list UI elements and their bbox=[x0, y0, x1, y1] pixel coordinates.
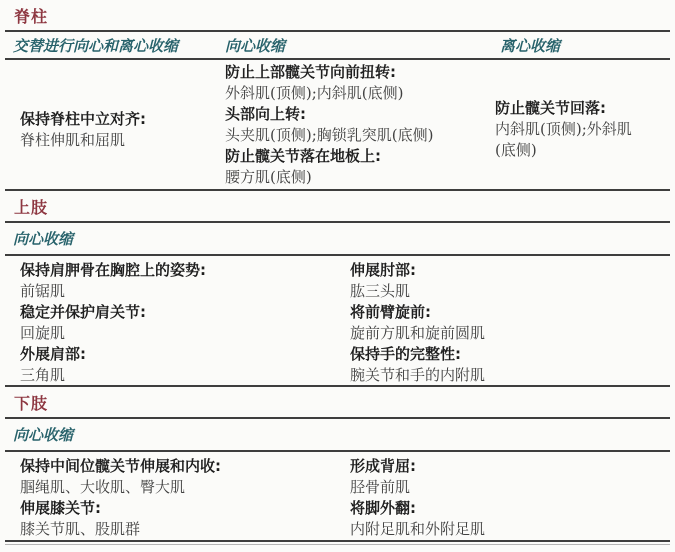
role-line: 防止上部髋关节向前扭转: bbox=[225, 62, 495, 83]
section-title-spine: 脊柱 bbox=[0, 0, 675, 30]
header-alternating-contraction: 交替进行向心和离心收缩 bbox=[13, 35, 225, 56]
muscle-line: 胫骨前肌 bbox=[350, 477, 665, 498]
role-line: 防止髋关节回落: bbox=[495, 98, 647, 119]
role-line: 保持脊柱中立对齐: bbox=[20, 109, 225, 130]
muscle-line: 腕关节和手的内附肌 bbox=[350, 365, 665, 386]
section-title-upper-limb: 上肢 bbox=[0, 191, 675, 221]
lower-limb-col-right: 形成背屈: 胫骨前肌 将脚外翻: 内附足肌和外附足肌 bbox=[350, 456, 675, 540]
section-title-lower-limb: 下肢 bbox=[0, 387, 675, 417]
header-row-lower-limb: 向心收缩 bbox=[0, 419, 675, 450]
role-line: 将脚外翻: bbox=[350, 498, 665, 519]
body-row-upper-limb: 保持肩胛骨在胸腔上的姿势: 前锯肌 稳定并保护肩关节: 回旋肌 外展肩部: 三角… bbox=[0, 256, 675, 385]
role-line: 形成背屈: bbox=[350, 456, 665, 477]
muscle-line: 腰方肌(底侧) bbox=[225, 167, 495, 188]
muscle-line: 三角肌 bbox=[20, 365, 350, 386]
muscle-line: 膝关节肌、股肌群 bbox=[20, 519, 350, 540]
muscle-line: 内附足肌和外附足肌 bbox=[350, 519, 665, 540]
muscle-line: 脊柱伸肌和屈肌 bbox=[20, 130, 225, 151]
upper-limb-col-right: 伸展肘部: 肱三头肌 将前臂旋前: 旋前方肌和旋前圆肌 保持手的完整性: 腕关节… bbox=[350, 260, 675, 386]
body-row-spine: 保持脊柱中立对齐: 脊柱伸肌和屈肌 防止上部髋关节向前扭转: 外斜肌(顶侧);内… bbox=[0, 60, 675, 189]
role-line: 伸展膝关节: bbox=[20, 498, 350, 519]
muscle-line: 腘绳肌、大收肌、臀大肌 bbox=[20, 477, 350, 498]
body-row-lower-limb: 保持中间位髋关节伸展和内收: 腘绳肌、大收肌、臀大肌 伸展膝关节: 膝关节肌、股… bbox=[0, 452, 675, 540]
header-eccentric-contraction: 离心收缩 bbox=[500, 35, 675, 56]
role-line: 头部向上转: bbox=[225, 104, 495, 125]
header-row-spine: 交替进行向心和离心收缩 向心收缩 离心收缩 bbox=[0, 32, 675, 58]
role-line: 将前臂旋前: bbox=[350, 302, 665, 323]
muscle-line: 头夹肌(顶侧);胸锁乳突肌(底侧) bbox=[225, 125, 495, 146]
role-line: 稳定并保护肩关节: bbox=[20, 302, 350, 323]
muscle-line: 回旋肌 bbox=[20, 323, 350, 344]
header-row-upper-limb: 向心收缩 bbox=[0, 223, 675, 254]
muscle-line: 前锯肌 bbox=[20, 281, 350, 302]
muscle-line: 外斜肌(顶侧);内斜肌(底侧) bbox=[225, 83, 495, 104]
header-concentric-contraction: 向心收缩 bbox=[13, 228, 73, 249]
muscle-contraction-table: 脊柱 交替进行向心和离心收缩 向心收缩 离心收缩 保持脊柱中立对齐: 脊柱伸肌和… bbox=[0, 0, 675, 552]
role-line: 防止髋关节落在地板上: bbox=[225, 146, 495, 167]
muscle-line: 旋前方肌和旋前圆肌 bbox=[350, 323, 665, 344]
muscle-line: 肱三头肌 bbox=[350, 281, 665, 302]
spine-col-eccentric: 防止髋关节回落: 内斜肌(顶侧);外斜肌(底侧) bbox=[495, 98, 655, 161]
lower-limb-col-left: 保持中间位髋关节伸展和内收: 腘绳肌、大收肌、臀大肌 伸展膝关节: 膝关节肌、股… bbox=[20, 456, 350, 540]
role-line: 保持中间位髋关节伸展和内收: bbox=[20, 456, 350, 477]
header-concentric-contraction: 向心收缩 bbox=[13, 424, 73, 445]
spine-col-alternating: 保持脊柱中立对齐: 脊柱伸肌和屈肌 bbox=[20, 109, 225, 151]
role-line: 外展肩部: bbox=[20, 344, 350, 365]
muscle-line: 内斜肌(顶侧);外斜肌(底侧) bbox=[495, 119, 647, 161]
spine-col-concentric: 防止上部髋关节向前扭转: 外斜肌(顶侧);内斜肌(底侧) 头部向上转: 头夹肌(… bbox=[225, 62, 495, 188]
divider-bottom bbox=[5, 540, 670, 542]
upper-limb-col-left: 保持肩胛骨在胸腔上的姿势: 前锯肌 稳定并保护肩关节: 回旋肌 外展肩部: 三角… bbox=[20, 260, 350, 386]
role-line: 伸展肘部: bbox=[350, 260, 665, 281]
header-concentric-contraction: 向心收缩 bbox=[225, 35, 500, 56]
role-line: 保持肩胛骨在胸腔上的姿势: bbox=[20, 260, 350, 281]
role-line: 保持手的完整性: bbox=[350, 344, 665, 365]
